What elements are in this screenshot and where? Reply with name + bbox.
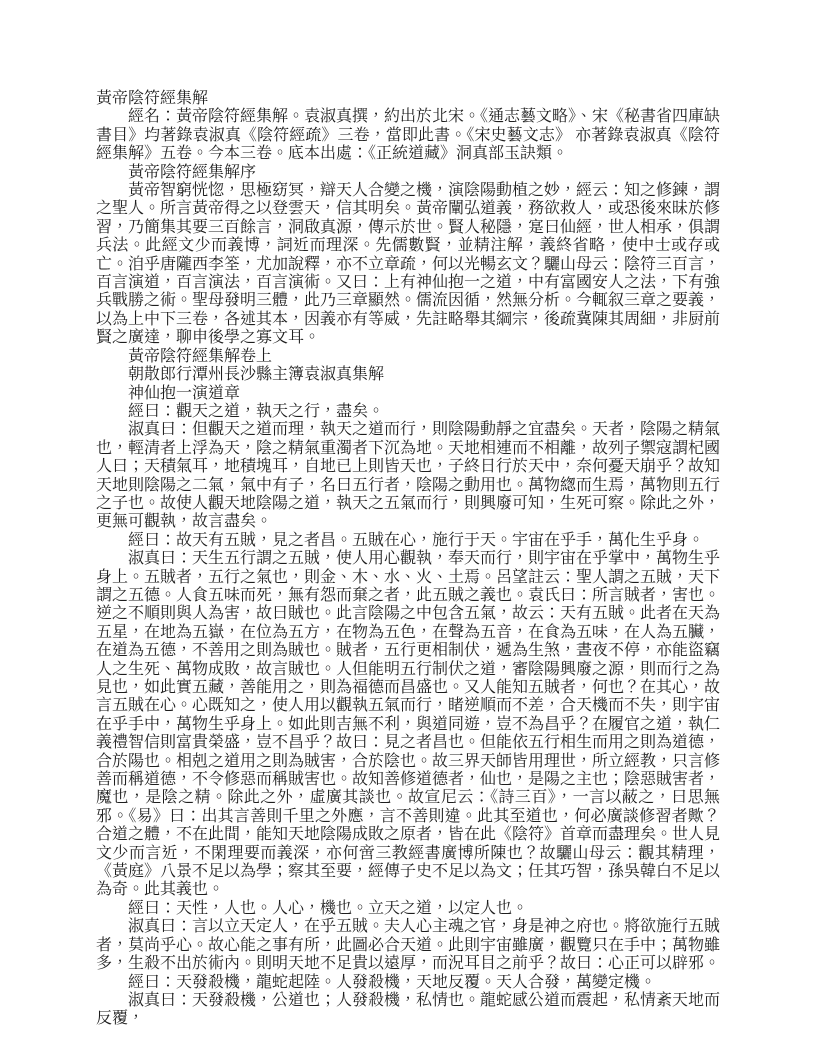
scripture-quote: 經曰：觀天之道，執天之行，盡矣。 [96, 403, 720, 421]
scripture-quote: 經曰：故天有五賊，見之者昌。五賊在心，施行于天。宇宙在乎手，萬化生乎身。 [96, 532, 720, 550]
commentary: 淑真曰：但觀天之道而理，執天之道而行，則陰陽動靜之宜盡矣。天者，陰陽之精氣也，輕… [96, 421, 720, 531]
scripture-quote: 經曰：天發殺機，龍蛇起陸。人發殺機，天地反覆。天人合發，萬變定機。 [96, 974, 720, 992]
document-content: 黃帝陰符經集解經名：黃帝陰符經集解。袁淑真撰，約出於北宋。《通志藝文略》、宋《秘… [96, 90, 720, 1029]
document-title: 黃帝陰符經集解 [96, 90, 720, 108]
scripture-quote: 經曰：天性，人也。人心，機也。立天之道，以定人也。 [96, 900, 720, 918]
volume-heading: 黃帝陰符經集解卷上 [96, 348, 720, 366]
preface-heading: 黃帝陰符經集解序 [96, 164, 720, 182]
document-page: 黃帝陰符經集解經名：黃帝陰符經集解。袁淑真撰，約出於北宋。《通志藝文略》、宋《秘… [0, 0, 816, 1056]
commentary: 淑真曰：言以立天定人，在乎五賊。夫人心主魂之官，身是神之府也。將欲施行五賊者，莫… [96, 918, 720, 973]
commentary: 淑真曰：天發殺機，公道也；人發殺機，私情也。龍蛇感公道而震起，私情紊天地而反覆， [96, 992, 720, 1029]
bibliographic-note: 經名：黃帝陰符經集解。袁淑真撰，約出於北宋。《通志藝文略》、宋《秘書省四庫缺書目… [96, 108, 720, 163]
preface-text: 黃帝智窮恍惚，思極窈冥，辯天人合變之機，演陰陽動植之妙，經云：知之修鍊，謂之聖人… [96, 182, 720, 348]
compiler-line: 朝散郎行潭州長沙縣主簿袁淑真集解 [96, 366, 720, 384]
commentary: 淑真曰：天生五行謂之五賊，使人用心觀執，奉天而行，則宇宙在乎掌中，萬物生乎身上。… [96, 550, 720, 900]
chapter-heading: 神仙抱一演道章 [96, 385, 720, 403]
